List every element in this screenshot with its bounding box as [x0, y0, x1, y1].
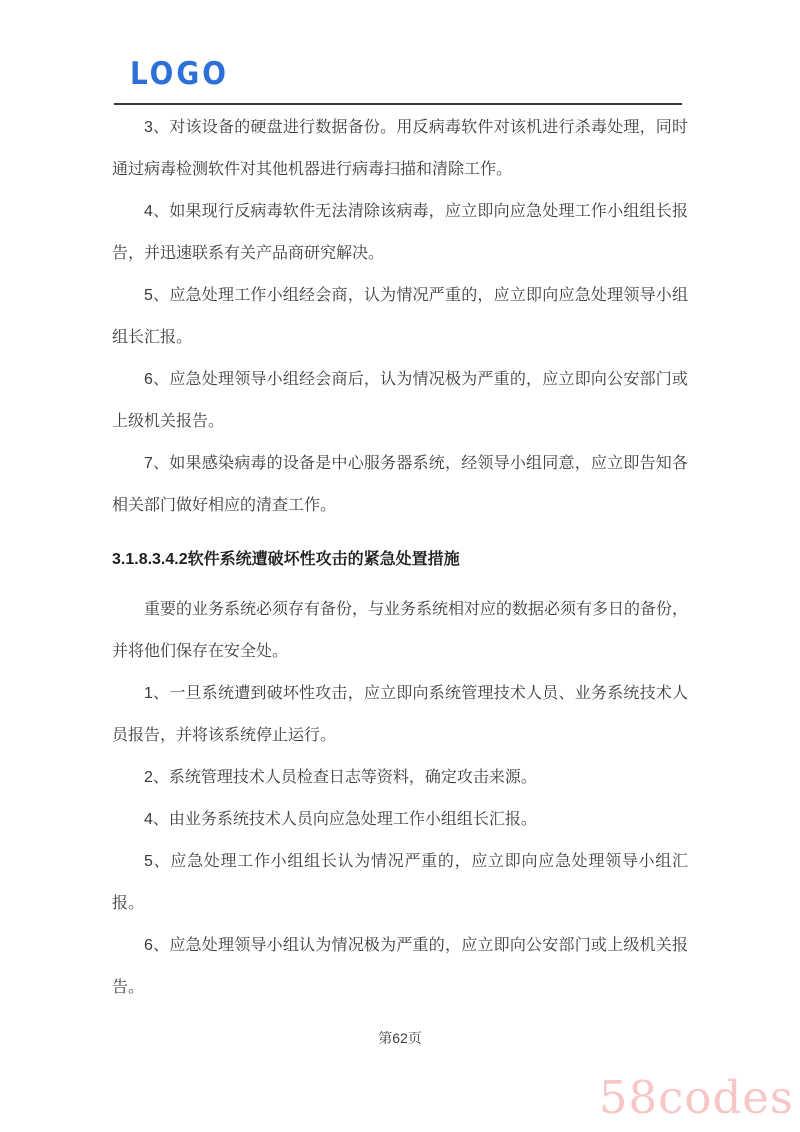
paragraph-central-server: 7、如果感染病毒的设备是中心服务器系统，经领导小组同意，应立即告知各相关部门做好…: [112, 443, 688, 527]
paragraph-virus-report: 4、如果现行反病毒软件无法清除该病毒，应立即向应急处理工作小组组长报告，并迅速联…: [112, 191, 688, 275]
paragraph-attack-step-1: 1、一旦系统遭到破坏性攻击，应立即向系统管理技术人员、业务系统技术人员报告，并将…: [112, 673, 688, 757]
company-logo: LOGO: [130, 56, 229, 92]
page-number: 第62页: [0, 1028, 800, 1048]
paragraph-attack-step-5: 5、应急处理工作小组组长认为情况严重的，应立即向应急处理领导小组汇报。: [112, 841, 688, 925]
paragraph-virus-backup: 3、对该设备的硬盘进行数据备份。用反病毒软件对该机进行杀毒处理，同时通过病毒检测…: [112, 107, 688, 191]
paragraph-backup-intro: 重要的业务系统必须存有备份，与业务系统相对应的数据必须有多日的备份，并将他们保存…: [112, 589, 688, 673]
paragraph-attack-step-2: 2、系统管理技术人员检查日志等资料，确定攻击来源。: [112, 757, 688, 799]
paragraph-leadgroup-consult: 6、应急处理领导小组经会商后，认为情况极为严重的，应立即向公安部门或上级机关报告…: [112, 359, 688, 443]
paragraph-attack-step-4: 4、由业务系统技术人员向应急处理工作小组组长汇报。: [112, 799, 688, 841]
paragraph-attack-step-6: 6、应急处理领导小组认为情况极为严重的，应立即向公安部门或上级机关报告。: [112, 925, 688, 1009]
document-page: LOGO 3、对该设备的硬盘进行数据备份。用反病毒软件对该机进行杀毒处理，同时通…: [0, 0, 800, 1132]
watermark-58codes: 58codes: [599, 1071, 794, 1124]
section-heading: 3.1.8.3.4.2软件系统遭破坏性攻击的紧急处置措施: [112, 539, 688, 581]
paragraph-workgroup-consult: 5、应急处理工作小组经会商，认为情况严重的，应立即向应急处理领导小组组长汇报。: [112, 275, 688, 359]
document-body: 3、对该设备的硬盘进行数据备份。用反病毒软件对该机进行杀毒处理，同时通过病毒检测…: [112, 107, 688, 1009]
header-divider: [114, 103, 682, 105]
